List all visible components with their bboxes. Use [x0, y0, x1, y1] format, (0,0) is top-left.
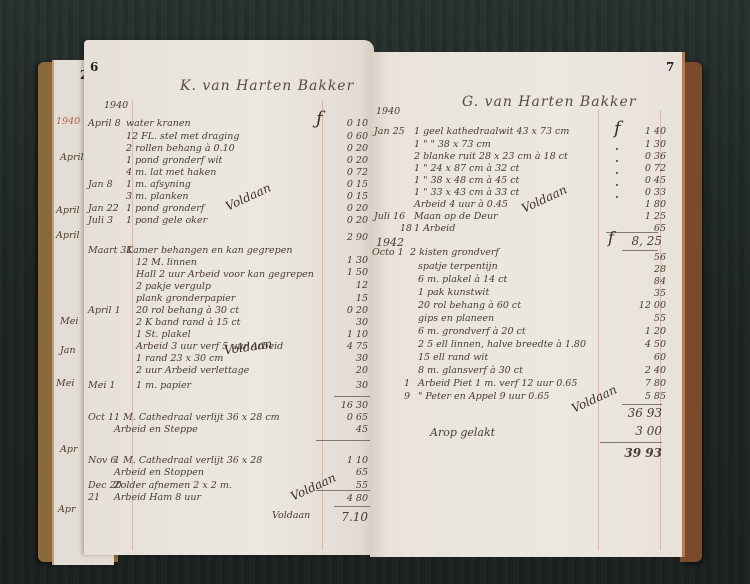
margin-note: April [56, 205, 80, 216]
year-label: 1940 [104, 100, 128, 111]
entry-date: 21 [88, 492, 100, 503]
entry-amount: 56 [626, 252, 666, 263]
entry-amount: 1 80 [626, 199, 666, 210]
currency-mark: f [608, 228, 614, 247]
entry-date: Oct 1 [88, 412, 114, 423]
entry-amount: 1 30 [328, 255, 368, 266]
entry-text: Arbeid Ham 8 uur [114, 492, 201, 503]
entry-text: 2 uur Arbeid verlettage [136, 365, 249, 376]
entry-amount: 0 20 [328, 305, 368, 316]
subtotal: 36 93 [622, 406, 662, 420]
entry-text: water kranen [126, 118, 191, 129]
entry-text: 1 geel kathedraalwit 43 x 73 cm [414, 126, 569, 137]
entry-text: 2 kisten grondverf [410, 247, 499, 258]
entry-amount: 1 40 [626, 126, 666, 137]
entry-amount: 0 65 [328, 412, 368, 423]
entry-text: 1 pond gele oker [126, 215, 207, 226]
entry-amount: 30 [328, 353, 368, 364]
entry-amount: 2 90 [328, 232, 368, 243]
entry-amount: 1 50 [328, 267, 368, 278]
total-line [334, 506, 370, 507]
entry-amount: 0 15 [328, 191, 368, 202]
entry-text: 8 m. glansverf à 30 ct [418, 365, 523, 376]
entry-amount: 2 40 [626, 365, 666, 376]
page-title-left: K. van Harten Bakker [180, 78, 354, 94]
entry-date: Jan 25 [374, 126, 405, 137]
entry-amount: 0 15 [328, 179, 368, 190]
subtotal-line [622, 250, 658, 251]
entry-amount: 20 [328, 365, 368, 376]
entry-text: 1 pond gronderf [126, 203, 204, 214]
entry-amount: 1 20 [626, 326, 666, 337]
entry-text: 2 rollen behang à 0.10 [126, 143, 235, 154]
carried-amount: 8, 25 [622, 234, 662, 248]
entry-text: 1 " 33 x 43 cm à 33 ct [414, 187, 519, 198]
entry-date: 9 [404, 391, 410, 402]
entry-text: 1 " 24 x 87 cm à 32 ct [414, 163, 519, 174]
entry-amount: 60 [626, 352, 666, 363]
entry-text: 1 pak kunstwit [418, 287, 489, 298]
margin-note: Jan [60, 345, 76, 356]
entry-amount: 30 [328, 380, 368, 391]
entry-amount: 0 60 [328, 131, 368, 142]
entry-amount: 0 72 [328, 167, 368, 178]
entry-amount: 0 45 [626, 175, 666, 186]
entry-amount: 0 36 [626, 151, 666, 162]
entry-text: plank gronderpapier [136, 293, 235, 304]
entry-date: Juli 16 [374, 211, 405, 222]
entry-text: 1 M. Cathedraal verlijt 36 x 28 [114, 455, 262, 466]
entry-text: " Peter en Appel 9 uur 0.65 [418, 391, 549, 402]
entry-amount: 7 80 [626, 378, 666, 389]
entry-text: 1 rand 23 x 30 cm [136, 353, 223, 364]
total-line [600, 442, 662, 443]
entry-text: gips en planeen [418, 313, 494, 324]
entry-text: 6 m. grondverf à 20 ct [418, 326, 526, 337]
entry-amount: 30 [328, 317, 368, 328]
entry-date: 18 [400, 223, 412, 234]
entry-text: 2 blanke ruit 28 x 23 cm à 18 ct [414, 151, 568, 162]
entry-text: Kamer behangen en kan gegrepen [126, 245, 293, 256]
page-number-left: 6 [90, 60, 98, 74]
ledger-page-right: 7 G. van Harten Bakker 1940 f Jan 25 1 g… [370, 52, 685, 557]
entry-text: 15 ell rand wit [418, 352, 488, 363]
margin-note: Apr [58, 504, 75, 515]
signature: Voldaan [223, 180, 273, 213]
entry-amount: 45 [328, 424, 368, 435]
entry-amount: 0 10 [328, 118, 368, 129]
entry-amount: 0 72 [626, 163, 666, 174]
entry-amount: 28 [626, 264, 666, 275]
margin-note: Mei [56, 378, 74, 389]
entry-text: Arbeid en Stoppen [114, 467, 204, 478]
entry-amount: 55 [626, 313, 666, 324]
entry-date: 1 [404, 378, 410, 389]
entry-text: 20 rol behang à 30 ct [136, 305, 239, 316]
grand-total: 39 93 [622, 446, 662, 460]
margin-note: 1940 [56, 116, 80, 127]
entry-text: spatje terpentijn [418, 261, 498, 272]
entry-text: 1 M. Cathedraal verlijt 36 x 28 cm [114, 412, 280, 423]
entry-date: Jan 8 [88, 179, 113, 190]
entry-amount: 84 [626, 276, 666, 287]
entry-amount: 0 33 [626, 187, 666, 198]
entry-text: 3 m. planken [126, 191, 189, 202]
entry-amount: 5 85 [626, 391, 666, 402]
entry-text: 1 " 38 x 48 cm à 45 ct [414, 175, 519, 186]
extra-amount: 3 00 [622, 424, 662, 438]
entry-text: Arbeid 4 uur à 0.45 [414, 199, 508, 210]
margin-note: April [56, 230, 80, 241]
currency-mark: f [614, 118, 621, 139]
subtotal-line [334, 396, 370, 397]
margin-note: Mei [60, 316, 78, 327]
entry-date: Octo 1 [372, 247, 404, 258]
entry-text: 2 pakje vergulp [136, 281, 211, 292]
entry-amount: 1 25 [626, 211, 666, 222]
subtotal-line [622, 404, 662, 405]
signature: Voldaan [223, 337, 273, 358]
entry-amount: 4 75 [328, 341, 368, 352]
entry-amount: 35 [626, 288, 666, 299]
entry-text: 2 K band rand à 15 ct [136, 317, 241, 328]
entry-date: Jan 22 [88, 203, 119, 214]
subtotal-line [316, 490, 370, 491]
year-label: 1940 [376, 106, 400, 117]
entry-text: 20 rol behang à 60 ct [418, 300, 521, 311]
currency-mark: ƒ [316, 108, 323, 129]
entry-amount: 0 20 [328, 143, 368, 154]
subtotal-line [316, 440, 370, 441]
entry-amount: 12 [328, 280, 368, 291]
signature: Voldaan [519, 182, 569, 215]
entry-amount: 0 20 [328, 215, 368, 226]
entry-amount: 1 10 [328, 329, 368, 340]
entry-text: 2 5 ell linnen, halve breedte à 1.80 [418, 339, 586, 350]
margin-note: April [60, 152, 84, 163]
page-number-right: 7 [666, 60, 674, 74]
entry-text: Hall 2 uur Arbeid voor kan gegrepen [136, 269, 314, 280]
ledger-page-left: 6 K. van Harten Bakker 1940 ƒ April 8 wa… [84, 40, 374, 555]
entry-text: 1 Arbeid [414, 223, 455, 234]
entry-amount: 15 [328, 293, 368, 304]
entry-text: 4 m. lat met haken [126, 167, 216, 178]
entry-text: 1 m. afsyning [126, 179, 191, 190]
entry-text: 12 FL. stel met draging [126, 131, 240, 142]
entry-amount: 0 20 [328, 203, 368, 214]
entry-text: 12 M. linnen [136, 257, 197, 268]
entry-date: April 1 [88, 305, 121, 316]
entry-date: Juli 3 [88, 215, 113, 226]
entry-amount: 4 50 [626, 339, 666, 350]
entry-text: 6 m. plakel à 14 ct [418, 274, 507, 285]
page-title-right: G. van Harten Bakker [462, 94, 637, 110]
entry-date: Nov 6 [88, 455, 116, 466]
margin-note: Apr [60, 444, 77, 455]
entry-date: April 8 [88, 118, 121, 129]
entry-amount: 0 20 [328, 155, 368, 166]
subtotal: 4 80 [328, 493, 368, 504]
entry-text: Arbeid Piet 1 m. verf 12 uur 0.65 [418, 378, 577, 389]
entry-text: 1 m. papier [136, 380, 191, 391]
total: 7.10 [328, 510, 368, 524]
entry-text: Zolder afnemen 2 x 2 m. [114, 480, 232, 491]
entry-text: Arbeid en Steppe [114, 424, 198, 435]
entry-amount: 12 00 [626, 300, 666, 311]
column-rule [598, 110, 599, 550]
extra-line-label: Arop gelakt [430, 426, 495, 439]
entry-date: Mei 1 [88, 380, 115, 391]
subtotal: 16 30 [328, 400, 368, 411]
entry-amount: 1 30 [626, 139, 666, 150]
entry-text: 1 pond gronderf wit [126, 155, 222, 166]
entry-text: Maan op de Deur [414, 211, 498, 222]
entry-text: 1 St. plakel [136, 329, 191, 340]
entry-text: 1 " " 38 x 73 cm [414, 139, 491, 150]
entry-amount: 1 10 [328, 455, 368, 466]
signature: Voldaan [272, 510, 310, 521]
